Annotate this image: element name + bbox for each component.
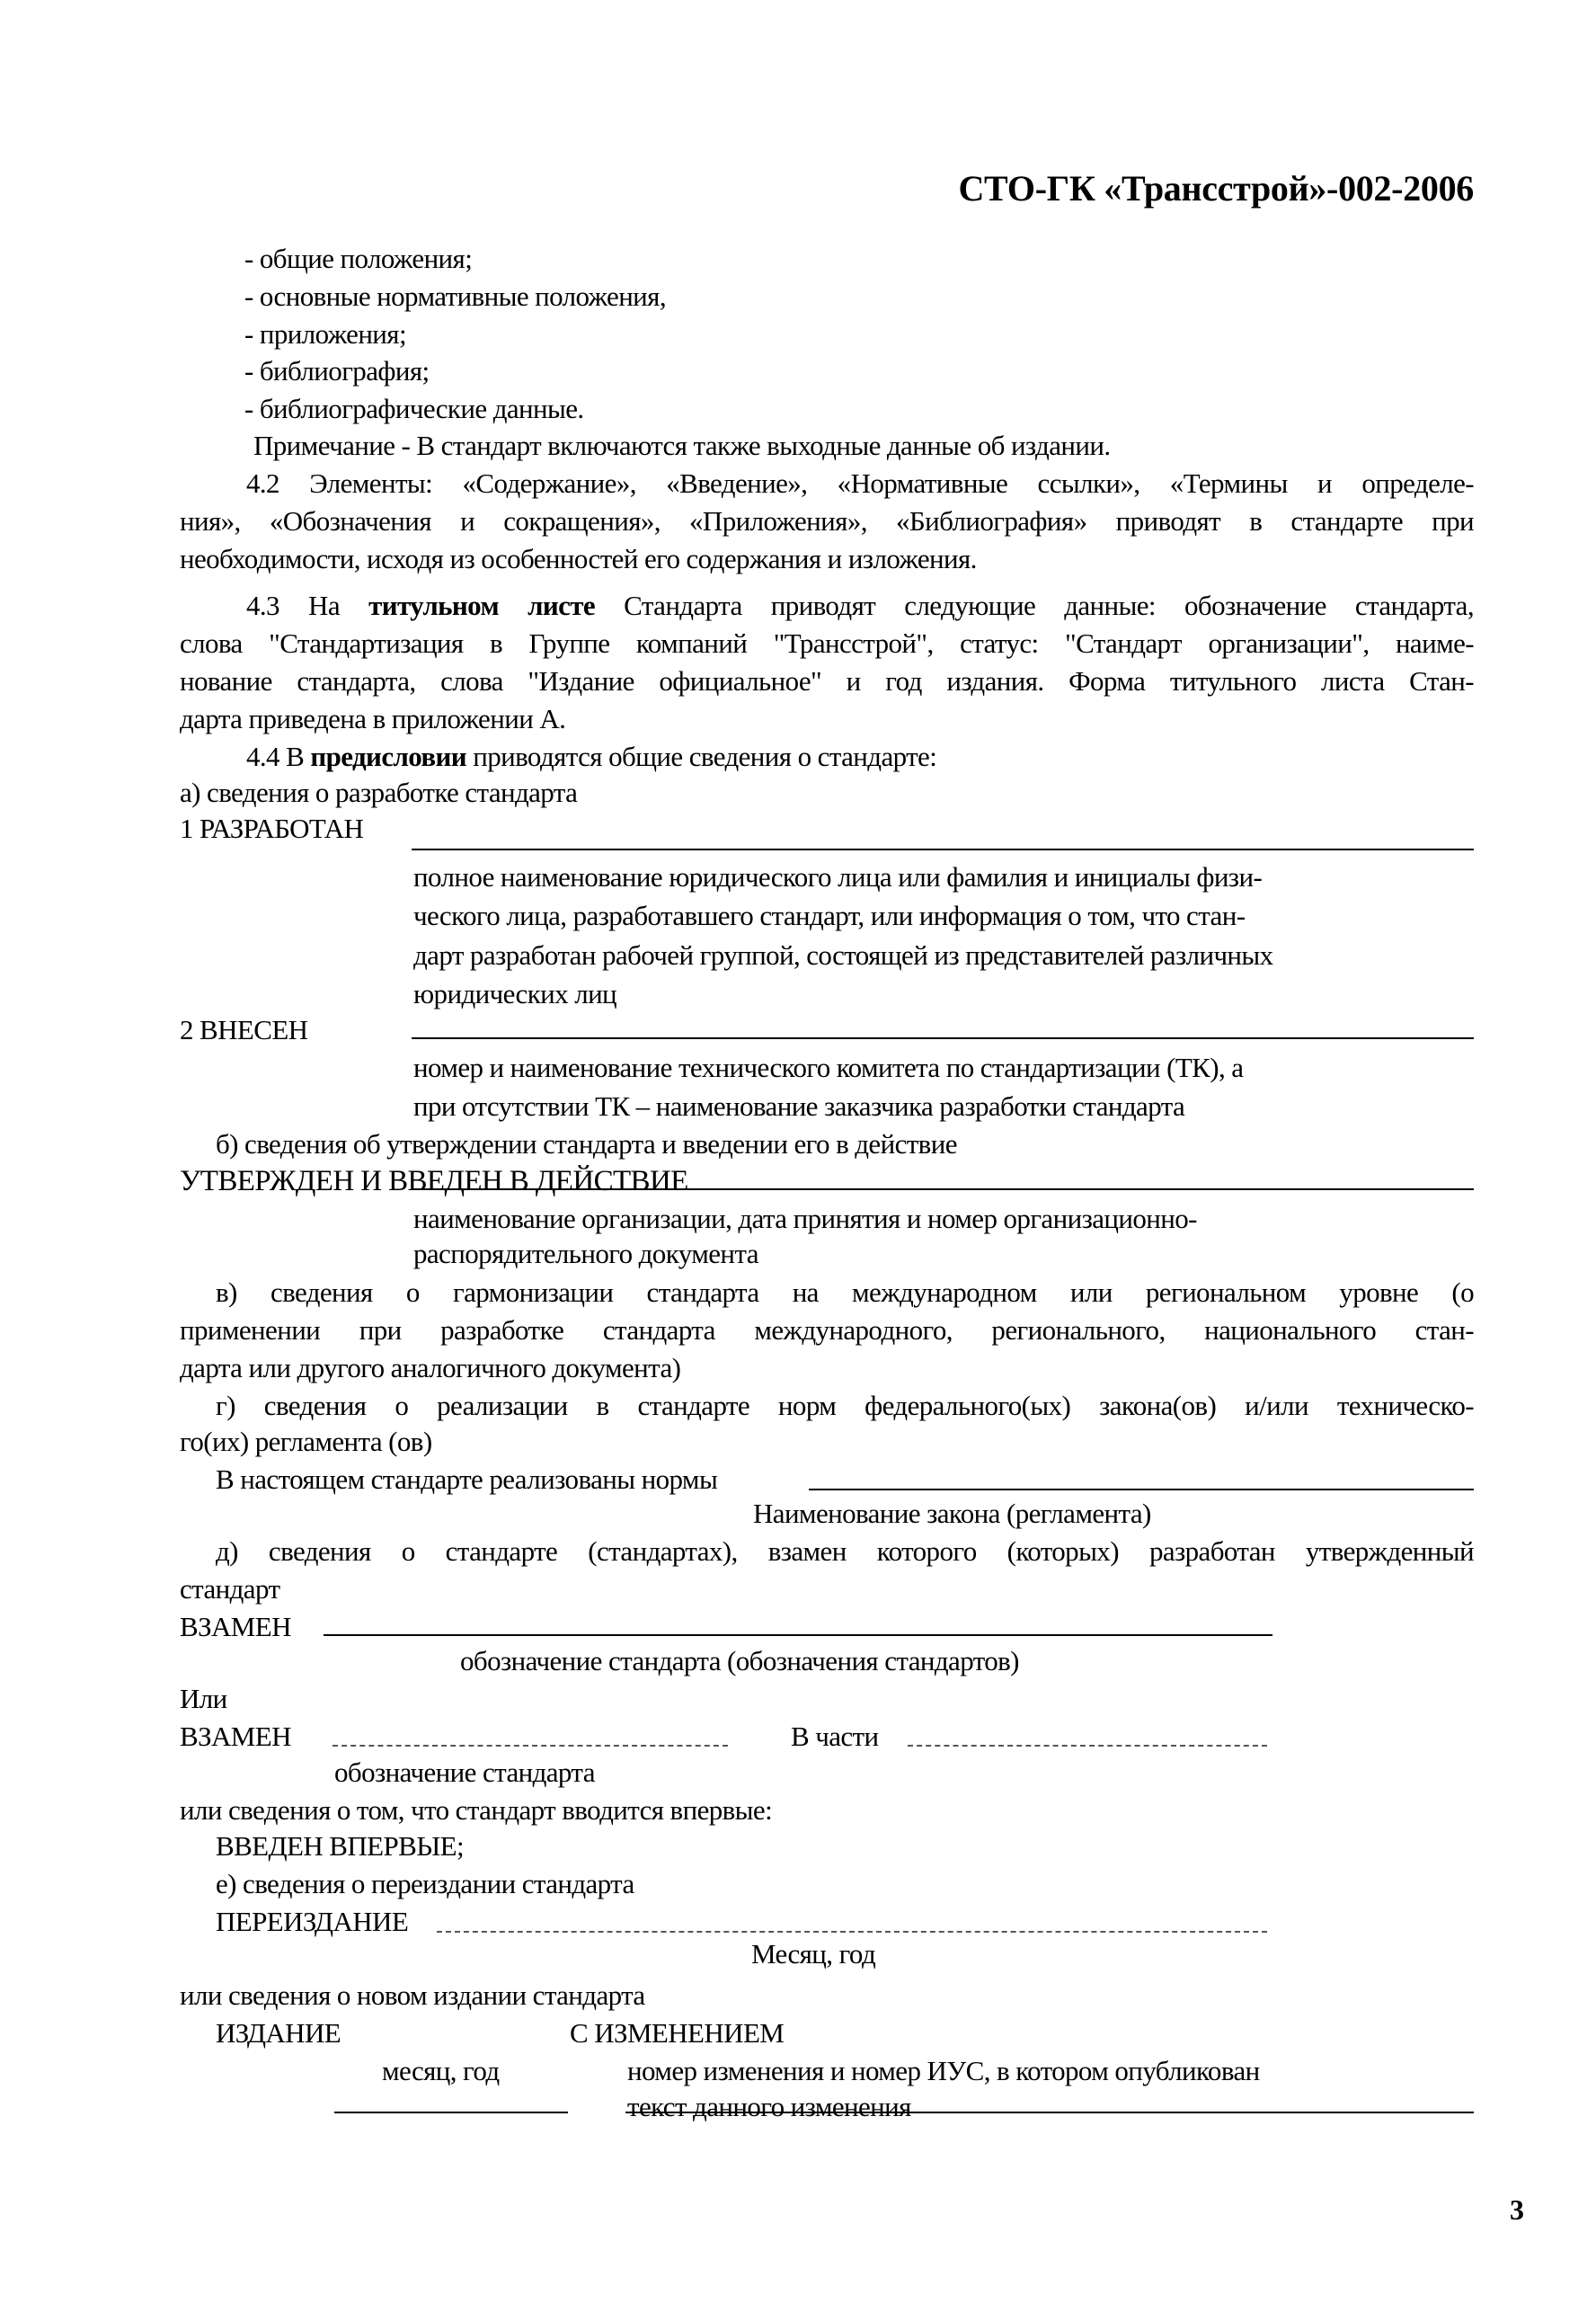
list-item: - библиографические данные. (244, 393, 584, 425)
paragraph-4-3-line: слова "Стандартизация в Группе компаний … (180, 627, 1474, 660)
section-e-title: е) сведения о переиздании стандарта (216, 1868, 634, 1900)
list-item: - библиография; (244, 355, 430, 387)
instead-fill-line (324, 1634, 1272, 1636)
paragraph-4-2-line: необходимости, исходя из особенностей ег… (180, 543, 977, 575)
section-a-title: а) сведения о разработке стандарта (180, 777, 577, 809)
new-edition-intro: или сведения о новом издании стандарта (180, 1979, 645, 2012)
instead-label: ВЗАМЕН (180, 1611, 291, 1643)
submitted-label: 2 ВНЕСЕН (180, 1014, 307, 1046)
instead-label-2: ВЗАМЕН (180, 1721, 291, 1753)
document-code-header: СТО-ГК «Трансстрой»-002-2006 (958, 167, 1474, 209)
paragraph-4-3-line: 4.3 На титульном листе Стандарта приводя… (246, 590, 1474, 622)
norms-label: В настоящем стандарте реализованы нормы (216, 1463, 717, 1496)
section-v-line: дарта или другого аналогичного документа… (180, 1352, 680, 1384)
reissue-caption: Месяц, год (751, 1938, 875, 1970)
or-label: Или (180, 1683, 227, 1715)
approved-caption-line: наименование организации, дата принятия … (413, 1203, 1197, 1235)
change-caption-line: текст данного изменения (627, 2091, 911, 2123)
reissue-fill-line (437, 1931, 1267, 1933)
developed-fill-line (412, 849, 1474, 850)
edition-label: ИЗДАНИЕ (216, 2017, 341, 2050)
in-part-fill-line (908, 1745, 1267, 1747)
section-b-title: б) сведения об утверждении стандарта и в… (216, 1128, 957, 1160)
section-d-line: д) сведения о стандарте (стандартах), вз… (216, 1535, 1474, 1568)
page-number: 3 (1510, 2193, 1524, 2227)
section-g-line: г) сведения о реализации в стандарте нор… (216, 1390, 1474, 1422)
change-caption-line: номер изменения и номер ИУС, в котором о… (627, 2055, 1260, 2087)
submitted-caption-line: при отсутствии ТК – наименование заказчи… (413, 1090, 1184, 1123)
approved-caption-line: распорядительного документа (413, 1238, 758, 1270)
text: 4.3 На (246, 590, 368, 621)
paragraph-4-4: 4.4 В предисловии приводятся общие сведе… (246, 741, 936, 773)
bold-term: предисловии (310, 741, 466, 772)
list-item: - основные нормативные положения, (244, 280, 666, 313)
change-fill-line (625, 2112, 1474, 2113)
paragraph-4-2-line: ния», «Обозначения и сокращения», «Прило… (180, 505, 1474, 538)
developed-caption-line: полное наименование юридического лица ил… (413, 861, 1262, 894)
first-intro: или сведения о том, что стандарт вводитс… (180, 1794, 772, 1827)
submitted-caption-line: номер и наименование технического комите… (413, 1052, 1243, 1084)
developed-caption-line: ческого лица, разработавшего стандарт, и… (413, 900, 1245, 932)
instead-fill-line-2 (332, 1745, 728, 1747)
instead-caption: обозначение стандарта (обозначения станд… (460, 1645, 1019, 1677)
paragraph-4-3-line: дарта приведена в приложении А. (180, 703, 565, 735)
note: Примечание - В стандарт включаются также… (253, 430, 1110, 462)
section-v-line: применении при разработке стандарта межд… (180, 1314, 1474, 1347)
month-year-fill-line (334, 2112, 568, 2113)
approved-label: УТВЕРЖДЕН И ВВЕДЕН В ДЕЙСТВИЕ (180, 1165, 688, 1197)
submitted-fill-line (412, 1037, 1474, 1039)
norms-caption: Наименование закона (регламента) (753, 1498, 1151, 1530)
section-d-line: стандарт (180, 1573, 279, 1605)
section-g-line: го(их) регламента (ов) (180, 1426, 432, 1458)
in-part-label: В части (791, 1721, 878, 1753)
first-label: ВВЕДЕН ВПЕРВЫЕ; (216, 1830, 464, 1863)
paragraph-4-3-line: нование стандарта, слова "Издание официа… (180, 665, 1474, 698)
text: приводятся общие сведения о стандарте: (466, 741, 936, 772)
text: Стандарта приводят следующие данные: обо… (595, 590, 1474, 621)
approved-fill-line (412, 1188, 1474, 1190)
developed-caption-line: юридических лиц (413, 978, 616, 1010)
developed-caption-line: дарт разработан рабочей группой, состоящ… (413, 939, 1273, 972)
instead-caption-2: обозначение стандарта (334, 1756, 595, 1789)
with-change-label: С ИЗМЕНЕНИЕМ (570, 2017, 784, 2050)
month-year-caption: месяц, год (382, 2055, 500, 2087)
norms-fill-line (809, 1489, 1474, 1490)
developed-label: 1 РАЗРАБОТАН (180, 813, 363, 845)
bold-term: титульном листе (368, 590, 595, 621)
text: 4.4 В (246, 741, 310, 772)
reissue-label: ПЕРЕИЗДАНИЕ (216, 1906, 408, 1938)
paragraph-4-2-line: 4.2 Элементы: «Содержание», «Введение», … (246, 467, 1474, 500)
list-item: - общие положения; (244, 243, 472, 275)
list-item: - приложения; (244, 318, 406, 351)
section-v-line: в) сведения о гармонизации стандарта на … (216, 1276, 1474, 1309)
